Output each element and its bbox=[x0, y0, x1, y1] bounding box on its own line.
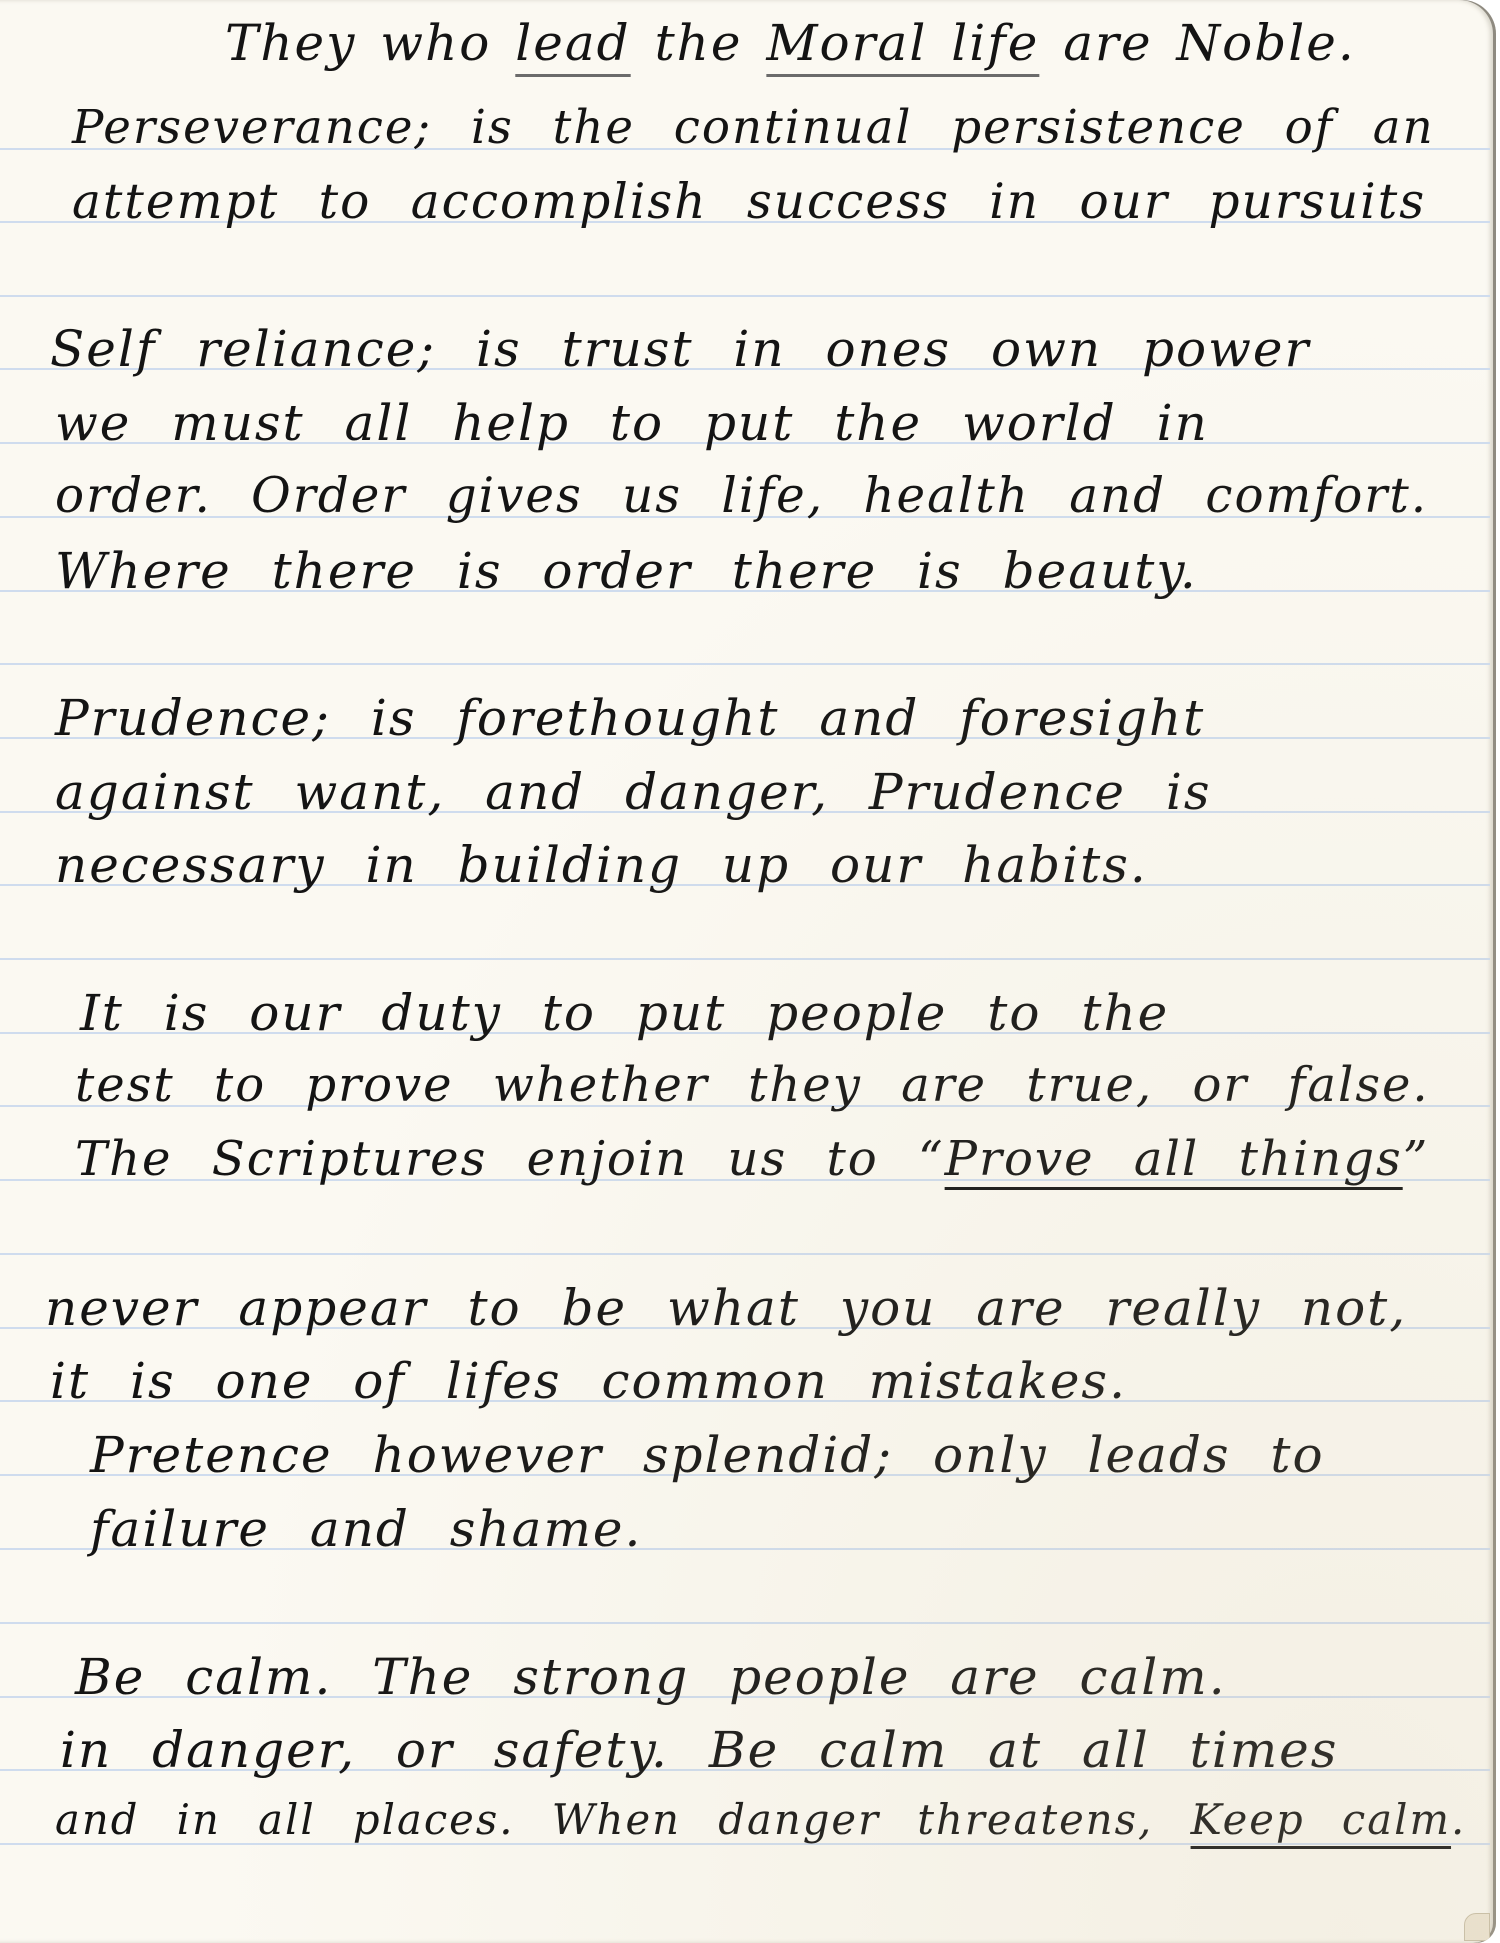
text-line: necessary in building up our habits. bbox=[55, 840, 1148, 890]
title-middle: the bbox=[631, 14, 767, 72]
text-line: we must all help to put the world in bbox=[55, 398, 1209, 448]
title-suffix: are Noble. bbox=[1039, 14, 1355, 72]
text-line: Where there is order there is beauty. bbox=[55, 546, 1198, 596]
ruled-line bbox=[0, 958, 1490, 960]
title-prefix: They who bbox=[225, 14, 515, 72]
notebook-page: They who lead the Moral life are Noble. … bbox=[0, 0, 1496, 1943]
ruled-line bbox=[0, 663, 1490, 665]
text-line: failure and shame. bbox=[90, 1504, 642, 1554]
scripture-quote-underlined: Prove all things bbox=[945, 1131, 1403, 1187]
page-corner-curl bbox=[1464, 1913, 1490, 1941]
title-underlined-moral-life: Moral life bbox=[766, 14, 1039, 72]
text-line: The Scriptures enjoin us to “Prove all t… bbox=[75, 1135, 1429, 1183]
text-line: Perseverance; is the continual persisten… bbox=[72, 104, 1435, 151]
page-title: They who lead the Moral life are Noble. bbox=[225, 14, 1356, 72]
keep-calm-underlined: Keep calm bbox=[1191, 1795, 1451, 1844]
text-line: attempt to accomplish success in our pur… bbox=[72, 178, 1426, 227]
ruled-line bbox=[0, 1253, 1490, 1255]
ruled-line bbox=[0, 1622, 1490, 1624]
title-underlined-lead: lead bbox=[515, 14, 630, 72]
final-period: . bbox=[1451, 1795, 1466, 1844]
text-line: against want, and danger, Prudence is bbox=[55, 767, 1212, 817]
scripture-text: The Scriptures enjoin us to “ bbox=[75, 1131, 945, 1187]
text-line: Prudence; is forethought and foresight bbox=[55, 693, 1205, 743]
text-line: it is one of lifes common mistakes. bbox=[50, 1356, 1127, 1406]
text-line: It is our duty to put people to the bbox=[80, 988, 1169, 1038]
text-line: never appear to be what you are really n… bbox=[45, 1283, 1407, 1333]
text-line: in danger, or safety. Be calm at all tim… bbox=[60, 1725, 1338, 1775]
text-line: Self reliance; is trust in ones own powe… bbox=[50, 324, 1310, 374]
scripture-quote-close: ” bbox=[1403, 1131, 1430, 1187]
final-text: and in all places. When danger threatens… bbox=[55, 1795, 1191, 1844]
ruled-line bbox=[0, 295, 1490, 297]
text-line: Be calm. The strong people are calm. bbox=[75, 1652, 1227, 1702]
text-line: order. Order gives us life, health and c… bbox=[55, 472, 1428, 520]
text-line: Pretence however splendid; only leads to bbox=[90, 1430, 1325, 1480]
text-line: and in all places. When danger threatens… bbox=[55, 1799, 1466, 1841]
text-line: test to prove whether they are true, or … bbox=[75, 1061, 1430, 1109]
